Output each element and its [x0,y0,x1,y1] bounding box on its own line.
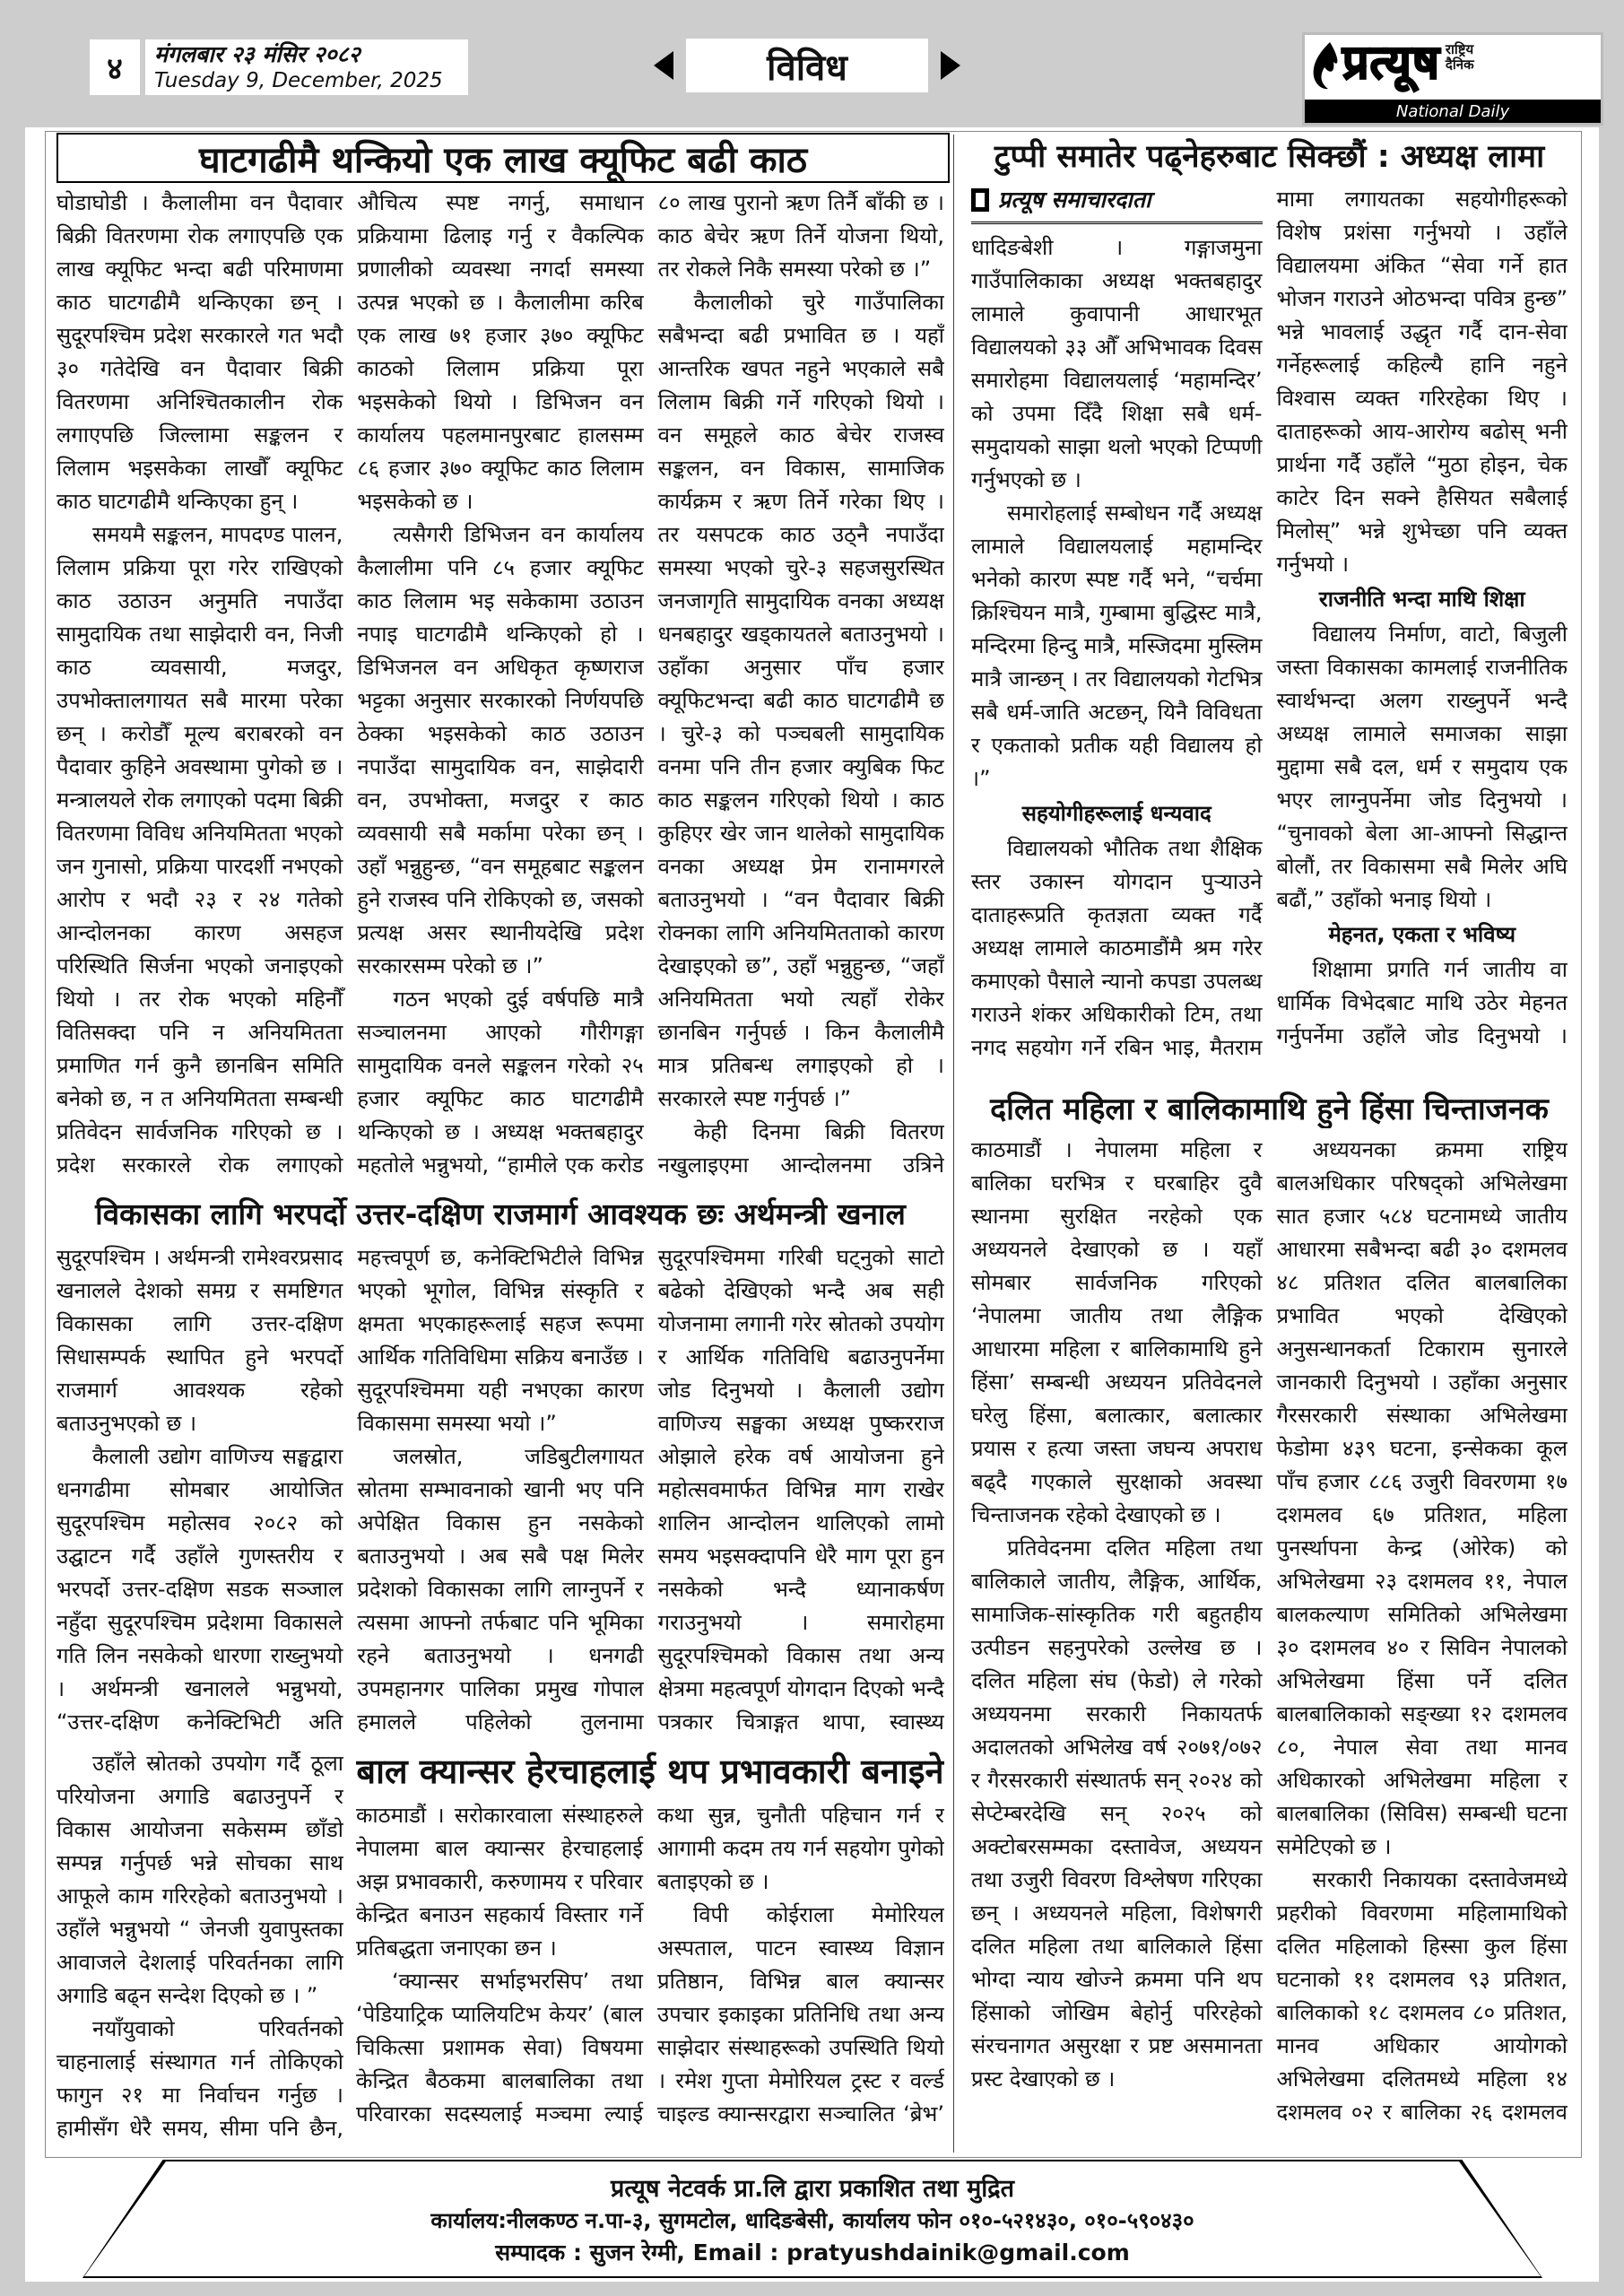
article-highway-body: सुदूरपश्चिम । अर्थमन्त्री रामेश्वरप्रसाद… [56,1241,944,1745]
article-lead: धादिङबेशी । गङ्गाजमुना गाउँपालिकाका अध्य… [971,231,1263,497]
date-nepali: मंगलबार २३ मंसिर २०८२ [154,41,459,68]
article-para: समारोहलाई सम्बोधन गर्दै अध्यक्ष लामाले व… [971,497,1263,796]
newspaper-icon [971,188,989,212]
headline-violence: दलित महिला र बालिकामाथि हुने हिंसा चिन्त… [971,1087,1568,1128]
byline: प्रत्यूष समाचारदाता [971,183,1263,224]
date-english: Tuesday 9, December, 2025 [154,68,459,93]
footer-banner: प्रत्यूष नेटवर्क प्रा.लि द्वारा प्रकाशित… [83,2160,1542,2278]
article-para: अध्ययनका क्रममा राष्ट्रिय बालअधिकार परिष… [1277,1134,1568,1864]
section-header: विविध [628,36,986,95]
logo-tagline: राष्ट्रिय दैनिक [1446,42,1498,73]
headline-timber: घाटगढीमै थन्कियो एक लाख क्यूफिट बढी काठ [56,133,950,183]
section-title: विविध [686,39,928,92]
article-para: त्यसैगरी डिभिजन वन कार्यालय कैलालीमा पनि… [357,518,643,983]
article-cancer-body: काठमाडौं । सरोकारवाला संस्थाहरुले नेपालम… [356,1799,944,2152]
article-highway-continuation: उहाँले स्रोतको उपयोग गर्दै ठूला परियोजना… [56,1747,343,2152]
article-school-segments: धादिङबेशी । गङ्गाजमुना गाउँपालिकाका अध्य… [971,183,1568,1080]
chevron-right-icon [941,51,960,80]
headline-cancer: बाल क्यान्सर हेरचाहलाई थप प्रभावकारी बना… [356,1747,944,1792]
publisher-line: प्रत्यूष नेटवर्क प्रा.लि द्वारा प्रकाशित… [611,2170,1014,2204]
editor-email: सम्पादक : सुजन रेग्मी, Email : pratyushd… [495,2237,1130,2267]
headline-highway: विकासका लागि भरपर्दो उत्तर-दक्षिण राजमार… [56,1193,944,1232]
article-violence-body: काठमाडौं । नेपालमा महिला र बालिका घरभित्… [971,1134,1568,2152]
article-heading: सहयोगीहरूलाई धन्यवाद [971,797,1263,831]
page-number: ४ [90,39,140,95]
column-divider [953,135,954,2152]
article-para: उहाँले स्रोतको उपयोग गर्दै ठूला परियोजना… [56,1747,343,2013]
article-para: विद्यालय निर्माण, वाटो, बिजुली जस्ता विक… [1277,618,1568,917]
flame-icon [1310,40,1341,91]
headline-school: टुप्पी समातेर पढ्नेहरुबाट सिक्छौं : अध्य… [971,135,1568,178]
article-heading: मेहनत, एकता र भविष्य [1277,918,1568,952]
byline-text: प्रत्यूष समाचारदाता [998,183,1151,216]
article-lead: काठमाडौं । नेपालमा महिला र बालिका घरभित्… [971,1134,1263,1532]
article-lead: सुदूरपश्चिम । अर्थमन्त्री रामेश्वरप्रसाद… [56,1241,343,1440]
office-address: कार्यालय:नीलकण्ठ न.पा-३, सुगमटोल, धादिङब… [430,2205,1194,2235]
logo-subtitle: National Daily [1305,100,1601,123]
article-lead: घोडाघोडी । कैलालीमा वन पैदावार बिक्री वि… [56,187,343,518]
article-para: प्रतिवेदनमा दलित महिला तथा बालिकाले जाती… [971,1532,1263,2096]
masthead: ४ मंगलबार २३ मंसिर २०८२ Tuesday 9, Decem… [0,0,1624,127]
newspaper-page: ४ मंगलबार २३ मंसिर २०८२ Tuesday 9, Decem… [0,0,1624,2296]
logo-title: प्रत्यूष [1342,35,1440,91]
article-lead: काठमाडौं । सरोकारवाला संस्थाहरुले नेपालम… [356,1799,643,1965]
article-timber-body: घोडाघोडी । कैलालीमा वन पैदावार बिक्री वि… [56,187,944,1186]
chevron-left-icon [654,51,673,80]
article-heading: राजनीति भन्दा माथि शिक्षा [1277,583,1568,616]
date-box: मंगलबार २३ मंसिर २०८२ Tuesday 9, Decembe… [145,39,468,95]
newspaper-logo: प्रत्यूष राष्ट्रिय दैनिक National Daily [1302,32,1603,126]
article-para: कैलालीको चुरे गाउँपालिका सबैभन्दा बढी प्… [658,286,944,1116]
article-school-body: प्रत्यूष समाचारदाता धादिङबेशी । गङ्गाजमु… [971,183,1568,1080]
